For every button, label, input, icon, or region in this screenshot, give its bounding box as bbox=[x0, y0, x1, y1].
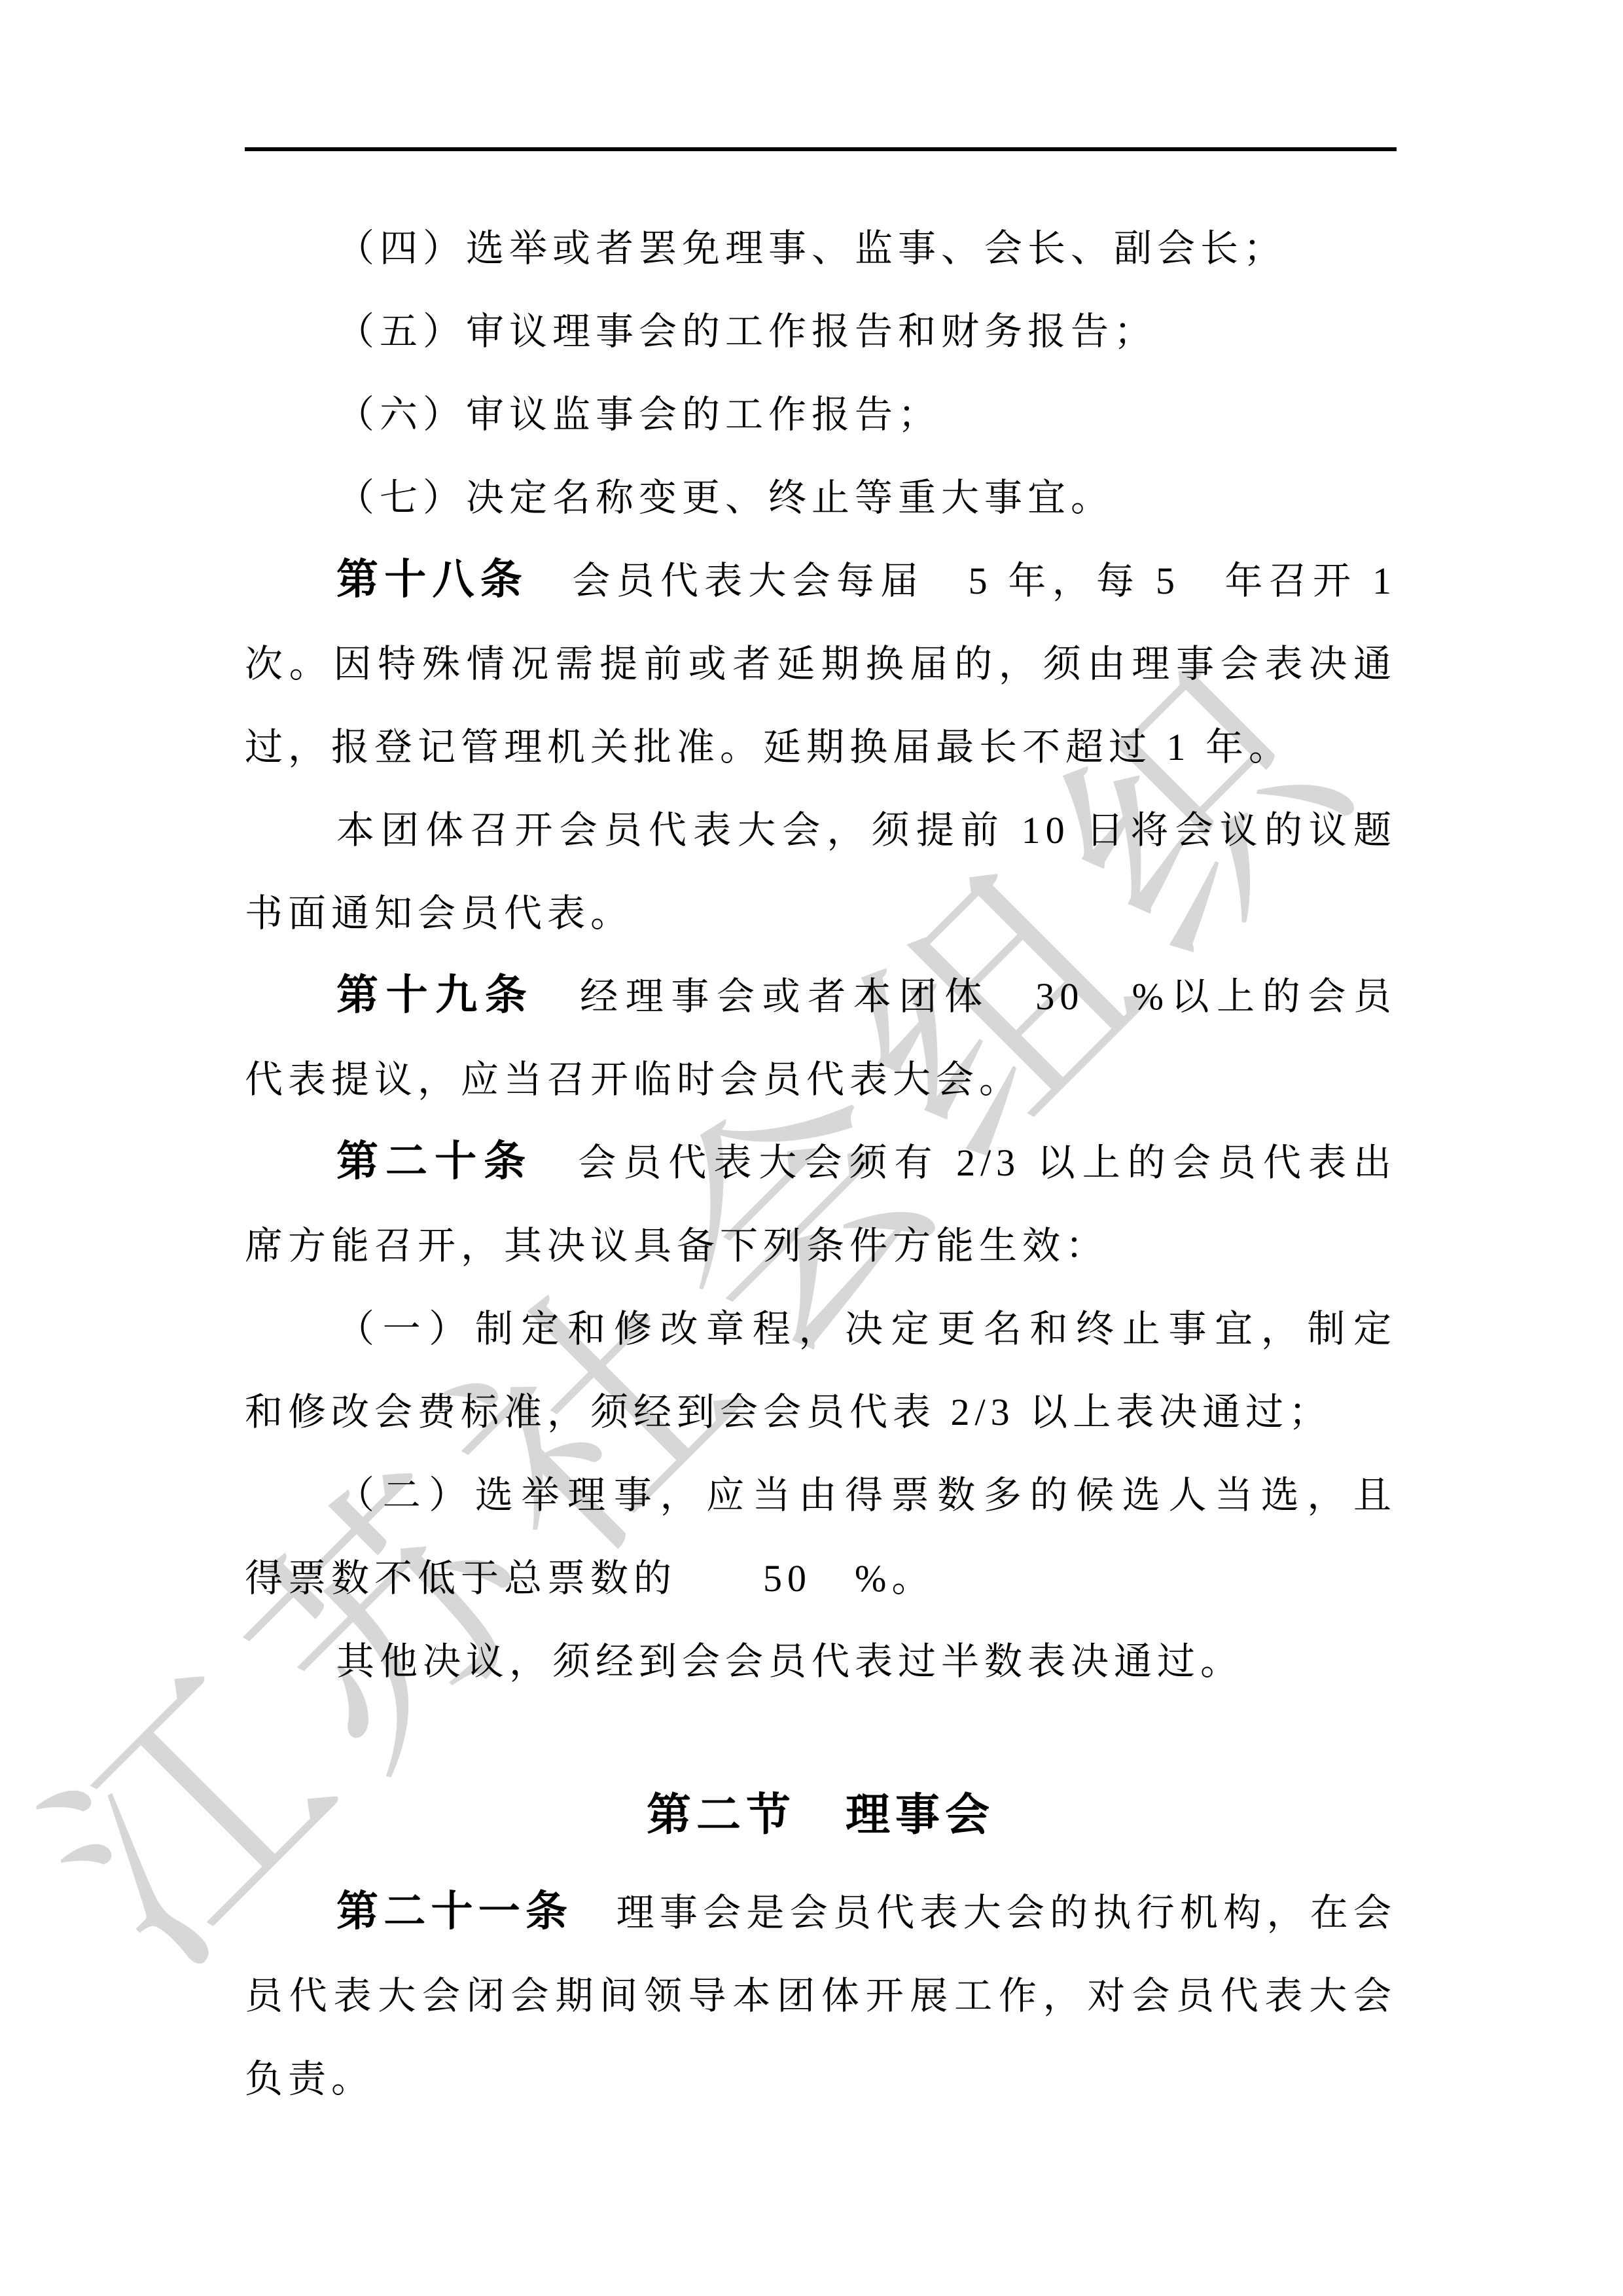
document-page: 江苏社会组织 （四）选举或者罢免理事、监事、会长、副会长； （五）审议理事会的工… bbox=[0, 0, 1623, 2296]
line-text: 代表提议，应当召开临时会员代表大会。 bbox=[245, 1058, 1022, 1101]
line-text: 理事会是会员代表大会的执行机构，在会 bbox=[573, 1892, 1397, 1934]
line-text: 员代表大会闭会期间领导本团体开展工作，对会员代表大会 bbox=[245, 1975, 1397, 2017]
line-label: 第二十条 bbox=[336, 1138, 533, 1185]
text-line: （五）审议理事会的工作报告和财务报告； bbox=[245, 289, 1397, 372]
line-text: 和修改会费标准，须经到会会员代表 2/3 以上表决通过； bbox=[245, 1391, 1332, 1433]
text-line: 得票数不低于总票数的 50 %。 bbox=[245, 1535, 1397, 1619]
section-heading: 第二节 理事会 bbox=[245, 1774, 1397, 1857]
line-text: 书面通知会员代表。 bbox=[245, 892, 633, 935]
text-line: 第二十条 会员代表大会须有 2/3 以上的会员代表出 bbox=[245, 1120, 1397, 1203]
text-line: 负责。 bbox=[245, 2036, 1397, 2119]
text-line: 第二十一条 理事会是会员代表大会的执行机构，在会 bbox=[245, 1870, 1397, 1953]
line-label: 第十八条 bbox=[336, 556, 528, 603]
line-label: 第二十一条 bbox=[336, 1888, 573, 1935]
text-line: 第十八条 会员代表大会每届 5 年，每 5 年召开 1 bbox=[245, 538, 1397, 621]
text-line: 员代表大会闭会期间领导本团体开展工作，对会员代表大会 bbox=[245, 1953, 1397, 2036]
text-line: 其他决议，须经到会会员代表过半数表决通过。 bbox=[245, 1619, 1397, 1702]
line-text: （一）制定和修改章程，决定更名和终止事宜，制定 bbox=[336, 1308, 1397, 1350]
text-line: （一）制定和修改章程，决定更名和终止事宜，制定 bbox=[245, 1286, 1397, 1369]
line-text: （四）选举或者罢免理事、监事、会长、副会长； bbox=[336, 227, 1287, 270]
text-line: （四）选举或者罢免理事、监事、会长、副会长； bbox=[245, 206, 1397, 289]
text-line: 席方能召开，其决议具备下列条件方能生效： bbox=[245, 1203, 1397, 1286]
text-line: 本团体召开会员代表大会，须提前 10 日将会议的议题 bbox=[245, 787, 1397, 870]
line-text: （五）审议理事会的工作报告和财务报告； bbox=[336, 310, 1157, 353]
text-line: 次。因特殊情况需提前或者延期换届的，须由理事会表决通 bbox=[245, 621, 1397, 704]
line-text: 次。因特殊情况需提前或者延期换届的，须由理事会表决通 bbox=[245, 643, 1397, 685]
text-line: （七）决定名称变更、终止等重大事宜。 bbox=[245, 455, 1397, 538]
line-text: （六）审议监事会的工作报告； bbox=[336, 393, 941, 436]
line-text: （七）决定名称变更、终止等重大事宜。 bbox=[336, 476, 1114, 519]
line-text: 负责。 bbox=[245, 2058, 374, 2100]
line-text: 经理事会或者本团体 30 %以上的会员 bbox=[535, 975, 1397, 1018]
line-text: 会员代表大会每届 5 年，每 5 年召开 1 bbox=[528, 560, 1397, 602]
text-line: 代表提议，应当召开临时会员代表大会。 bbox=[245, 1037, 1397, 1120]
header-rule bbox=[245, 147, 1397, 151]
text-line: 第十九条 经理事会或者本团体 30 %以上的会员 bbox=[245, 954, 1397, 1037]
text-line: （二）选举理事，应当由得票数多的候选人当选，且 bbox=[245, 1452, 1397, 1535]
text-line: 和修改会费标准，须经到会会员代表 2/3 以上表决通过； bbox=[245, 1369, 1397, 1452]
line-text: 席方能召开，其决议具备下列条件方能生效： bbox=[245, 1225, 1109, 1267]
text-line: 过，报登记管理机关批准。延期换届最长不超过 1 年。 bbox=[245, 704, 1397, 787]
line-text: 得票数不低于总票数的 50 %。 bbox=[245, 1557, 935, 1600]
line-text: 其他决议，须经到会会员代表过半数表决通过。 bbox=[336, 1640, 1243, 1683]
text-line: 书面通知会员代表。 bbox=[245, 870, 1397, 954]
document-body: （四）选举或者罢免理事、监事、会长、副会长； （五）审议理事会的工作报告和财务报… bbox=[245, 206, 1397, 2119]
line-text: 会员代表大会须有 2/3 以上的会员代表出 bbox=[533, 1141, 1397, 1184]
line-text: 本团体召开会员代表大会，须提前 10 日将会议的议题 bbox=[336, 809, 1397, 852]
line-label: 第十九条 bbox=[336, 971, 535, 1018]
line-text: （二）选举理事，应当由得票数多的候选人当选，且 bbox=[336, 1474, 1397, 1516]
text-line: （六）审议监事会的工作报告； bbox=[245, 372, 1397, 455]
line-text: 过，报登记管理机关批准。延期换届最长不超过 1 年。 bbox=[245, 726, 1292, 768]
